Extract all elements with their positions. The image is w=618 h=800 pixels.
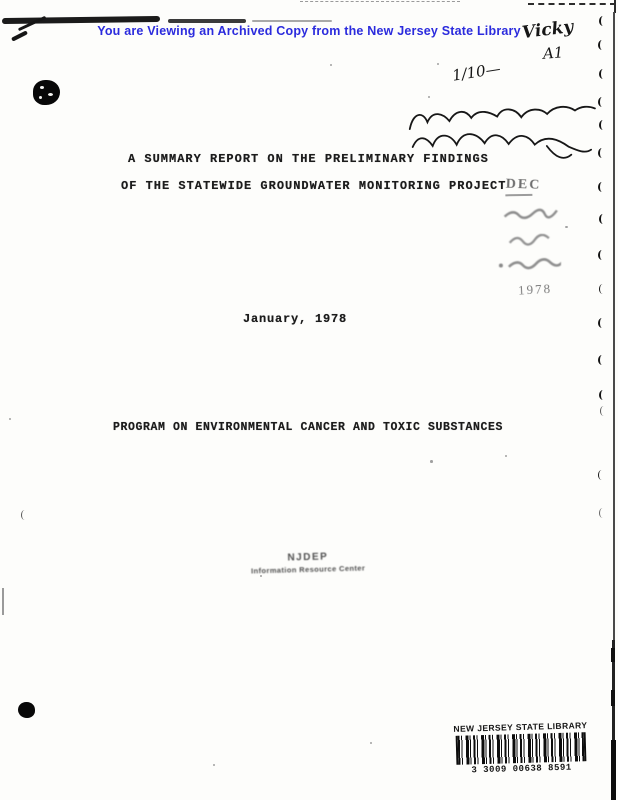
page-edge-chunk: [611, 690, 615, 706]
scan-scuff-mark: [252, 20, 332, 22]
binder-mark: [599, 214, 607, 224]
scan-speck: [9, 418, 11, 420]
binder-mark: [599, 284, 606, 294]
scan-speck: [428, 96, 430, 98]
stamp-year: 1978: [518, 281, 553, 299]
njdep-stamp: NJDEP Information Resource Center: [228, 550, 389, 576]
binder-mark: [21, 510, 28, 520]
binder-mark: [599, 16, 607, 26]
stamp-underline: [505, 194, 532, 196]
binder-mark: [598, 97, 606, 107]
scan-dash-line: [528, 3, 616, 5]
binder-mark: [600, 406, 607, 416]
received-date-stamp: DEC 1978: [500, 176, 590, 179]
stamp-smudge: [500, 206, 561, 224]
scan-scuff-mark: [2, 16, 160, 24]
stamp-smudge: [506, 233, 557, 251]
scan-speck: [260, 575, 262, 577]
scan-speck: [430, 460, 433, 463]
stamp-smudge: [497, 256, 562, 274]
handwritten-shelf-mark: A1: [542, 43, 564, 62]
njdep-stamp-dept: Information Resource Center: [228, 563, 388, 576]
scan-scuff-mark: [168, 19, 246, 23]
binder-mark: [598, 355, 606, 365]
page-edge-chunk: [611, 648, 615, 662]
scan-speck: [505, 455, 507, 457]
binder-mark: [599, 120, 607, 130]
report-title-line-2: OF THE STATEWIDE GROUNDWATER MONITORING …: [121, 179, 506, 193]
binder-mark: [598, 182, 606, 192]
binder-mark: [598, 148, 606, 158]
scan-speck: [437, 63, 439, 65]
binder-mark: [598, 40, 606, 50]
hole-punch-dot: [18, 702, 35, 718]
scan-speck: [370, 742, 372, 744]
binder-mark: [598, 318, 606, 328]
report-date: January, 1978: [243, 312, 347, 326]
scan-speck: [330, 64, 332, 66]
handwritten-name: Vicky: [521, 17, 574, 43]
hole-punch-blob: [33, 80, 60, 105]
library-barcode-block: NEW JERSEY STATE LIBRARY 3 3009 00638 85…: [451, 720, 590, 776]
binder-mark: [599, 390, 607, 400]
scan-speck: [213, 764, 215, 766]
binder-mark: [599, 69, 607, 79]
scan-line-fragment: [2, 588, 4, 615]
scanned-document-page: You are Viewing an Archived Copy from th…: [0, 0, 618, 800]
program-name: PROGRAM ON ENVIRONMENTAL CANCER AND TOXI…: [113, 421, 503, 434]
stamp-month: DEC: [505, 177, 541, 194]
binder-mark: [599, 508, 606, 518]
scan-speck: [565, 226, 568, 228]
binder-mark: [598, 470, 605, 480]
scan-dash-line: [300, 1, 460, 2]
report-title-line-1: A SUMMARY REPORT ON THE PRELIMINARY FIND…: [128, 152, 489, 166]
handwritten-price-mark: 1/10—: [451, 59, 502, 84]
barcode: [456, 732, 587, 765]
binder-mark: [598, 250, 606, 260]
page-edge-line: [611, 740, 616, 800]
